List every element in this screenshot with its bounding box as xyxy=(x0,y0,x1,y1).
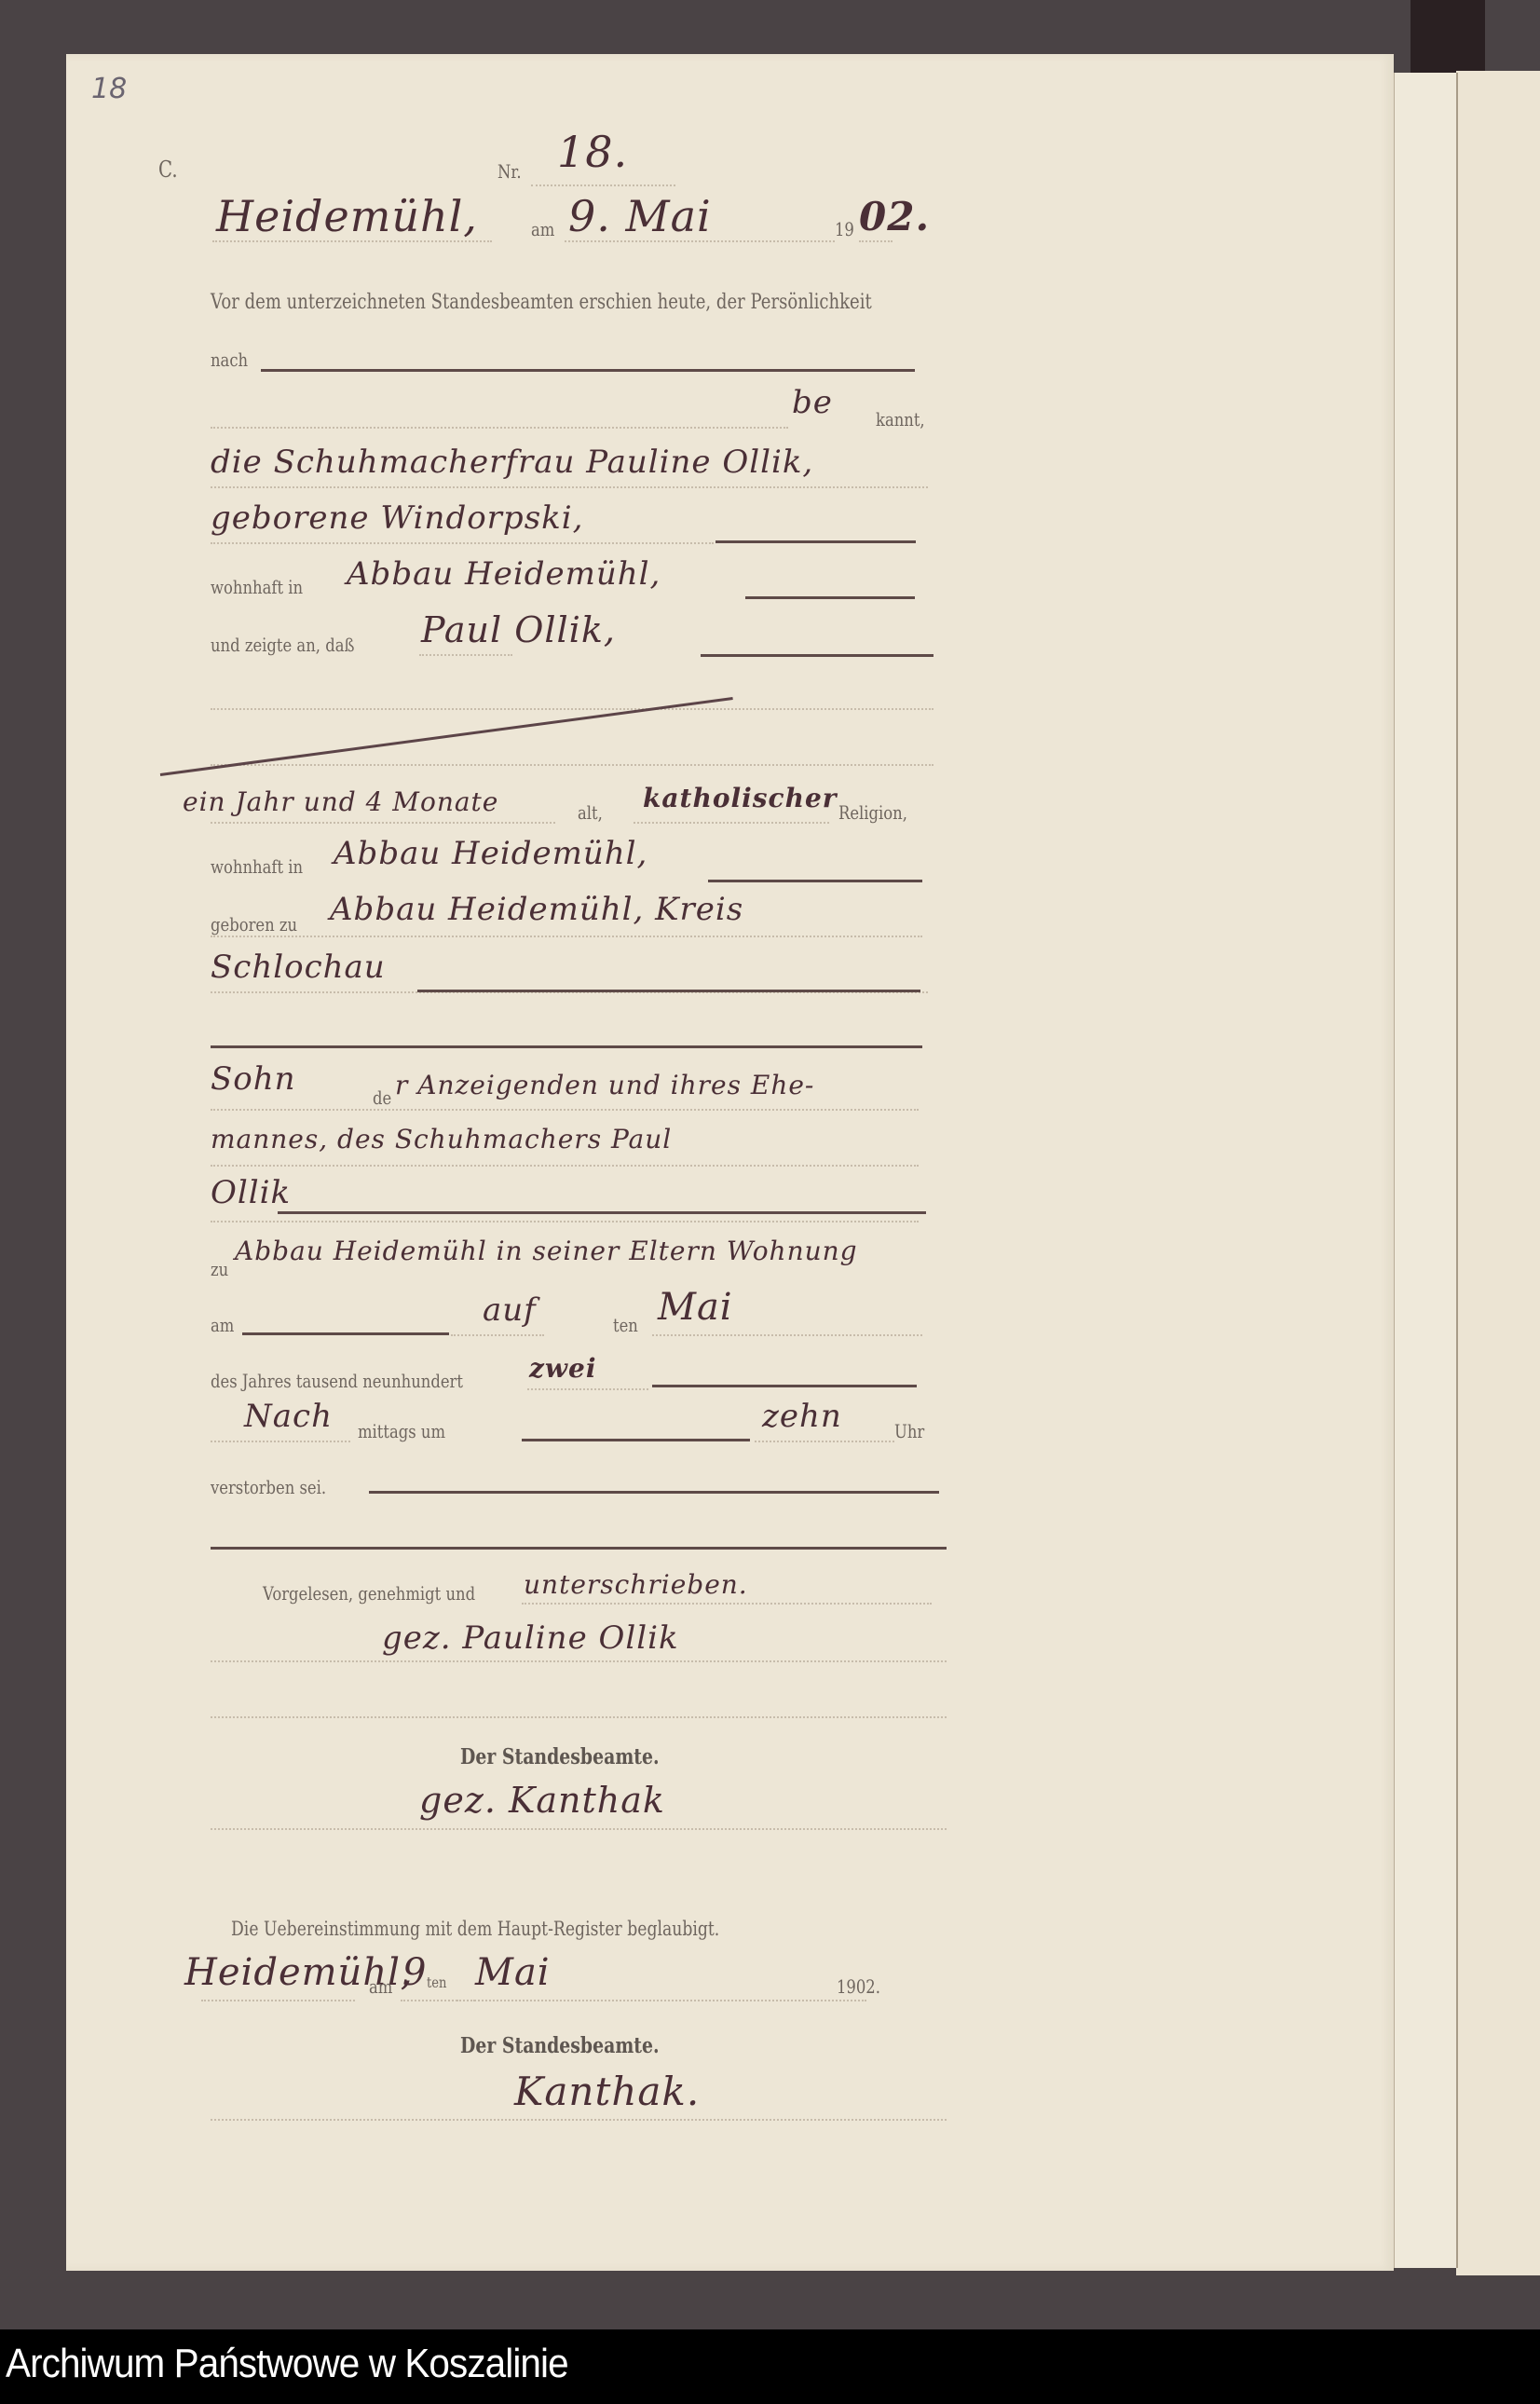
geboren-label: geboren zu xyxy=(211,913,297,936)
registration-date: 9. Mai xyxy=(568,191,712,241)
form-letter: C. xyxy=(158,157,178,183)
death-hour-handwritten: zehn xyxy=(762,1398,842,1435)
parents-line-1: r Anzeigenden und ihres Ehe- xyxy=(395,1070,814,1100)
entry-number: 18. xyxy=(557,127,628,177)
book-spine-top xyxy=(1411,0,1485,73)
nr-label: Nr. xyxy=(497,160,522,183)
deceased-wohnhaft-label: wohnhaft in xyxy=(211,855,303,878)
year-suffix: 02. xyxy=(859,194,930,239)
mittags-label: mittags um xyxy=(358,1420,445,1442)
death-day-handwritten: auf xyxy=(483,1291,537,1329)
birthplace: Abbau Heidemühl, Kreis xyxy=(330,891,743,928)
cert-am-label: am xyxy=(369,1975,392,1998)
deceased-name: Paul Ollik, xyxy=(421,609,616,650)
archive-name: Archiwum Państwowe w Koszalinie xyxy=(6,2341,568,2387)
registrar-signature-2: Kanthak. xyxy=(514,2069,700,2114)
margin-note: 18 xyxy=(91,73,127,105)
zeigte-an-label: und zeigte an, daß xyxy=(211,634,354,656)
birthplace-district: Schlochau xyxy=(211,949,386,986)
registrar-title-1: Der Standesbeamte. xyxy=(460,1744,660,1769)
adjacent-page xyxy=(1456,71,1540,2275)
informant-signature: gez. Pauline Ollik xyxy=(382,1619,679,1657)
archive-banner: Archiwum Państwowe w Koszalinie xyxy=(0,2329,1540,2404)
death-month-handwritten: Mai xyxy=(658,1286,733,1329)
death-place: Abbau Heidemühl in seiner Eltern Wohnung xyxy=(235,1236,858,1266)
informant-line-1: die Schuhmacherfrau Pauline Ollik, xyxy=(211,444,813,481)
unterschrieben-handwritten: unterschrieben. xyxy=(524,1569,748,1600)
place-of-registration: Heidemühl, xyxy=(216,191,478,241)
verstorben-label: verstorben sei. xyxy=(211,1476,326,1498)
religion-label: Religion, xyxy=(838,801,907,824)
parents-line-3: Ollik xyxy=(211,1174,291,1211)
deceased-residence: Abbau Heidemühl, xyxy=(334,835,647,872)
bekannt-handwritten: be xyxy=(792,384,833,421)
zu-label: zu xyxy=(211,1258,228,1280)
am-label: am xyxy=(531,218,554,240)
parents-line-2: mannes, des Schuhmachers Paul xyxy=(211,1124,672,1154)
registrar-title-2: Der Standesbeamte. xyxy=(460,2033,660,2058)
registrar-signature-1: gez. Kanthak xyxy=(419,1780,665,1821)
der-label: de xyxy=(373,1086,391,1109)
certification-text: Die Uebereinstimmung mit dem Haupt-Regis… xyxy=(231,1918,719,1940)
cert-ten-label: ten xyxy=(427,1974,446,1991)
intro-text: Vor dem unterzeichneten Standesbeamten e… xyxy=(211,291,872,314)
uhr-label: Uhr xyxy=(894,1420,924,1442)
informant-residence: Abbau Heidemühl, xyxy=(347,555,661,593)
informant-line-2: geborene Windorpski, xyxy=(211,499,583,537)
age-handwritten: ein Jahr und 4 Monate xyxy=(183,786,498,817)
death-year-handwritten: zwei xyxy=(529,1353,596,1384)
year-label: des Jahres tausend neunhundert xyxy=(211,1370,463,1392)
sohn-handwritten: Sohn xyxy=(211,1060,296,1098)
religion-handwritten: katholischer xyxy=(643,783,838,813)
cert-year: 1902. xyxy=(837,1975,880,1998)
nach-label: nach xyxy=(211,348,248,371)
vorgelesen-label: Vorgelesen, genehmigt und xyxy=(263,1582,475,1605)
alt-label: alt, xyxy=(578,801,603,824)
book-spine-strip xyxy=(1394,73,1458,2268)
bekannt-printed: kannt, xyxy=(876,408,925,430)
cert-day-handwritten: 9 xyxy=(402,1951,427,1994)
ten-label: ten xyxy=(613,1314,638,1336)
wohnhaft-label: wohnhaft in xyxy=(211,576,303,598)
am-label-2: am xyxy=(211,1314,234,1336)
cert-month-handwritten: Mai xyxy=(475,1951,551,1994)
year-prefix: 19 xyxy=(835,218,854,240)
nach-handwritten: Nach xyxy=(244,1398,333,1435)
